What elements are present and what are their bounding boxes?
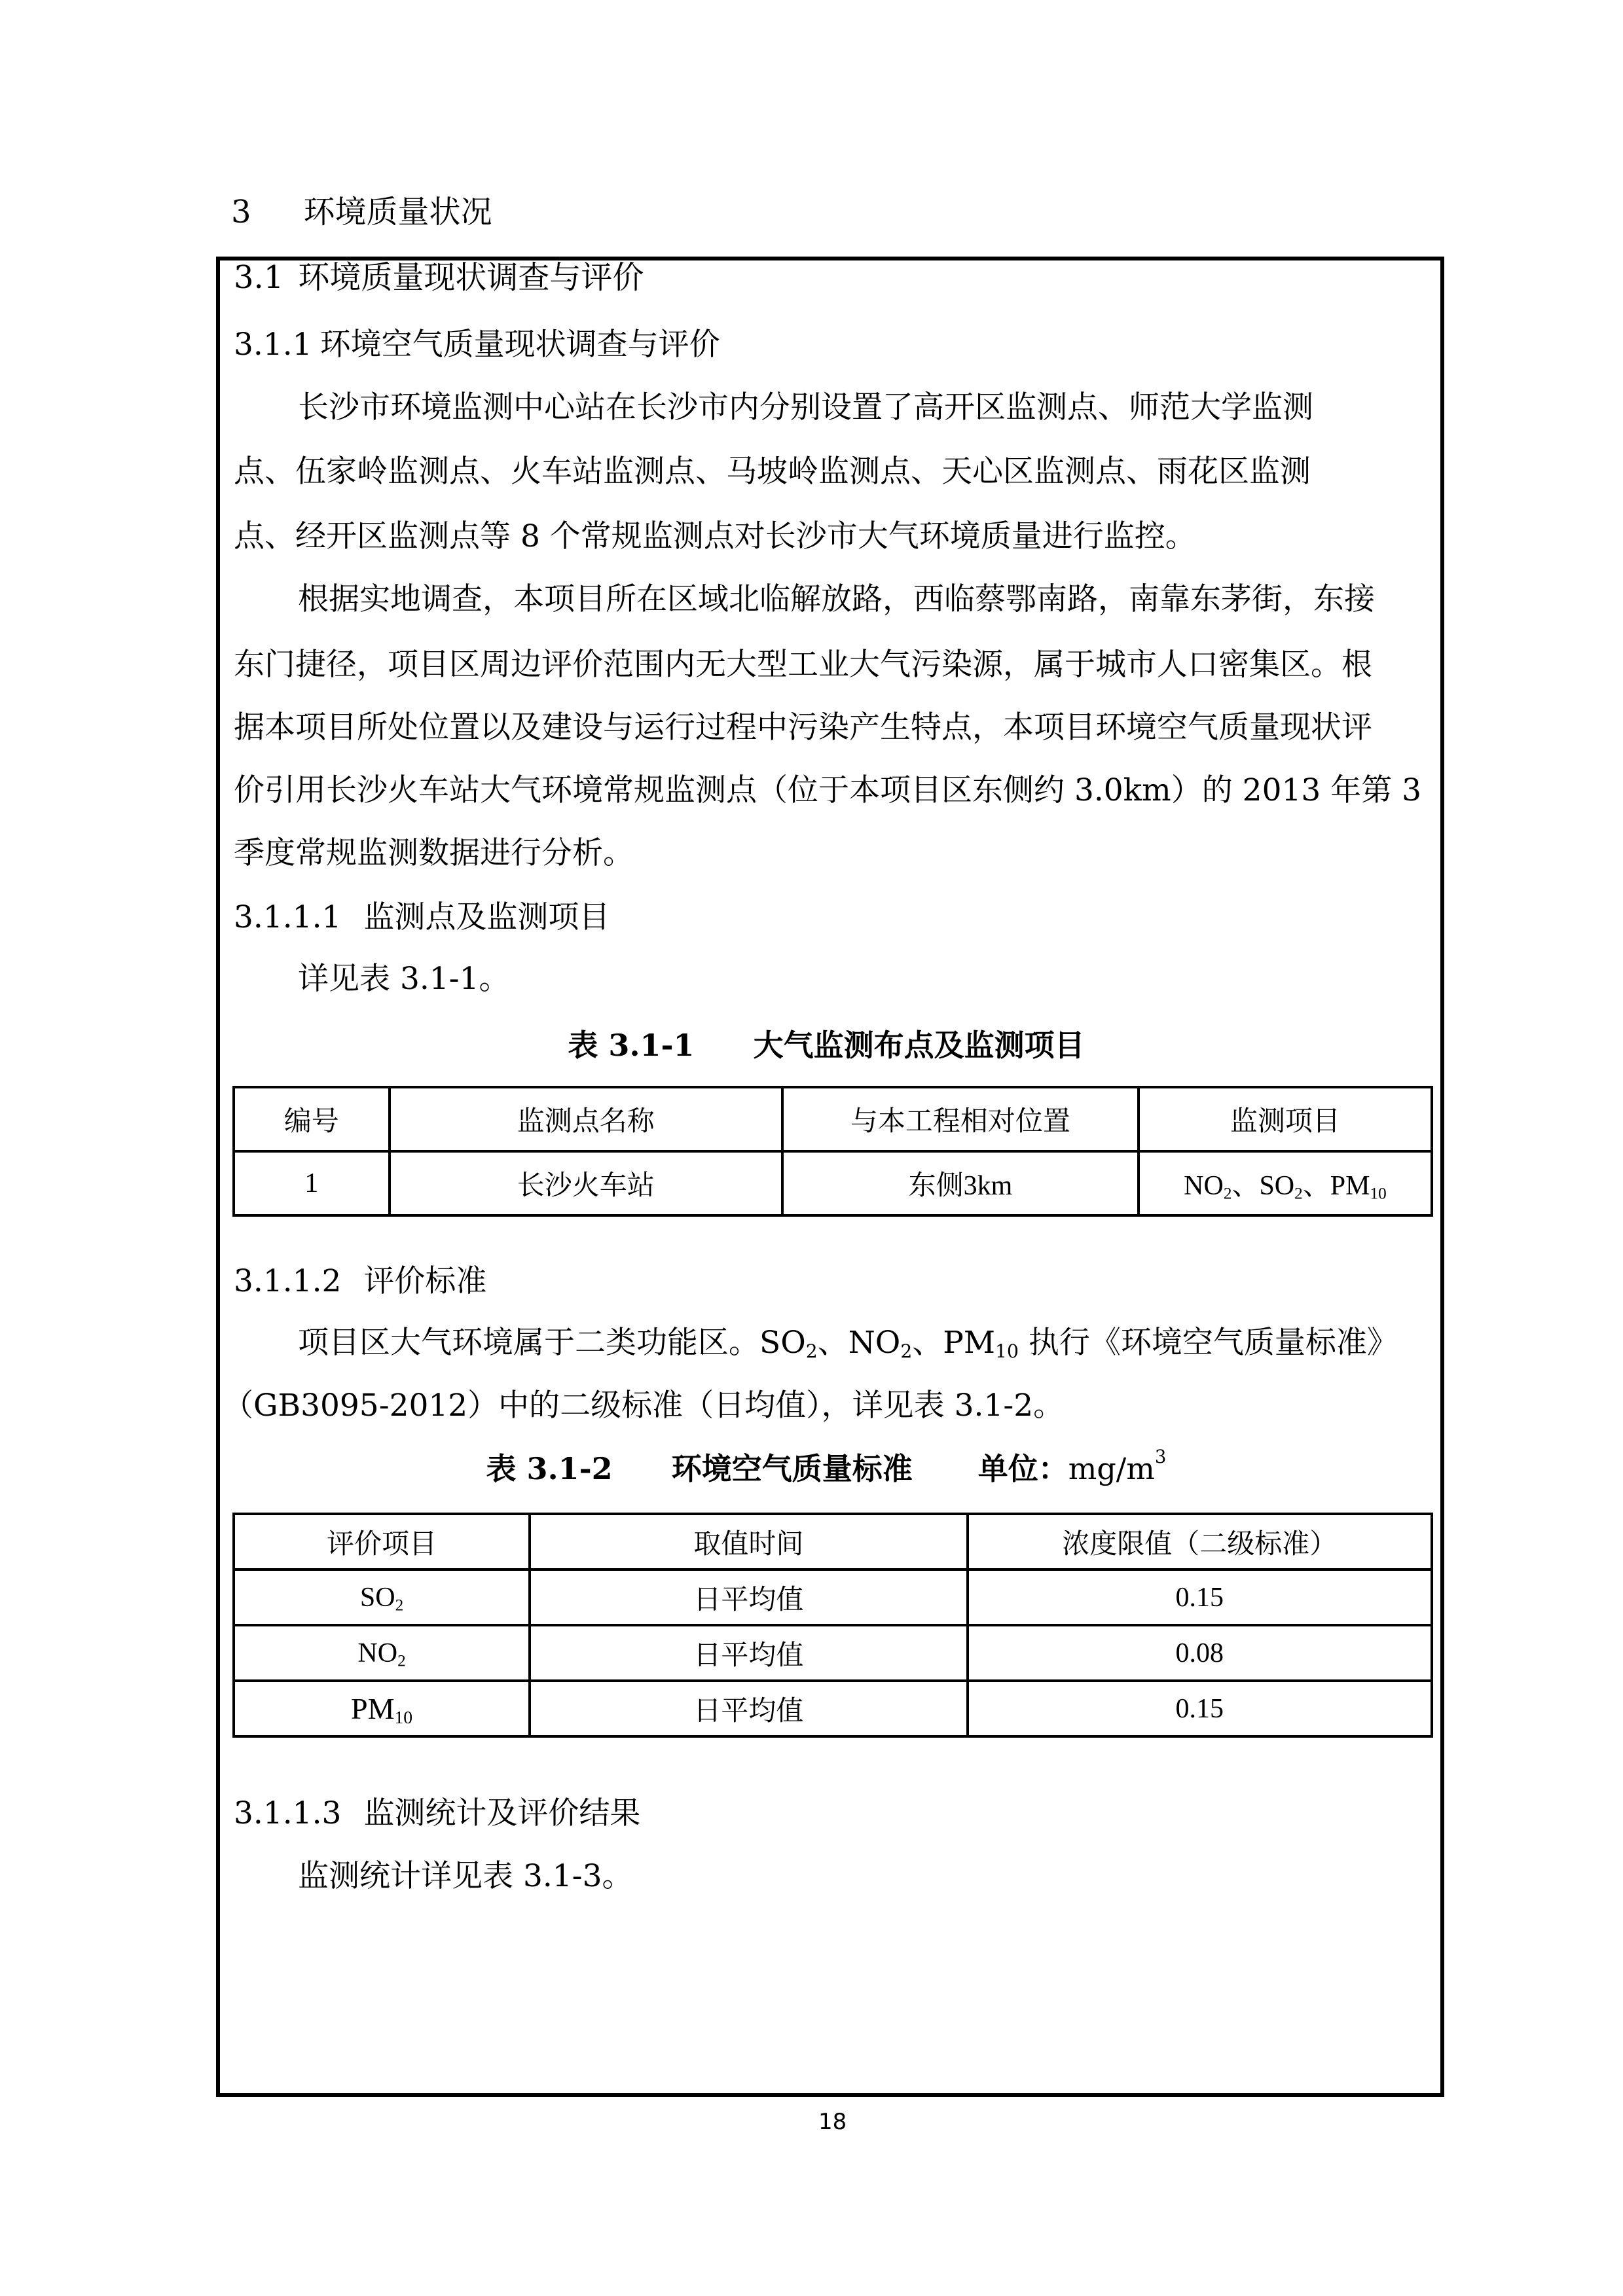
table2-cell-limit: 0.15 [968, 1570, 1432, 1625]
pollutant-subscript: 10 [995, 1340, 1019, 1362]
table2-cell-item: PM10 [234, 1681, 530, 1736]
table2-cell-time: 日平均值 [530, 1625, 967, 1681]
paragraph2-line: 价引用长沙火车站大气环境常规监测点（位于本项目区东侧约 3.0km）的 2013… [234, 771, 1421, 810]
pollutant: SO [1259, 1171, 1294, 1201]
table2-header-cell: 取值时间 [530, 1514, 967, 1570]
subsection-number: 3.1.1 [234, 327, 312, 363]
paragraph1-line: 点、经开区监测点等 8 个常规监测点对长沙市大气环境质量进行监控。 [234, 517, 1196, 556]
table2-caption-number: 表 3.1-2 [486, 1451, 613, 1486]
pollutant-subscript: 10 [395, 1707, 413, 1727]
heading-number: 3.1.1.3 [234, 1795, 341, 1831]
section-number: 3.1 [234, 259, 283, 296]
chapter-title: 环境质量状况 [304, 194, 492, 230]
table-row: PM10 日平均值 0.15 [234, 1681, 1432, 1736]
pollutant: PM [351, 1692, 394, 1725]
pollutant-subscript: 2 [1294, 1185, 1303, 1202]
subsubsection-heading-3112: 3.1.1.2评价标准 [234, 1262, 486, 1301]
pollutant: SO [360, 1583, 395, 1613]
table1-caption-number: 表 3.1-1 [568, 1028, 694, 1063]
table2: 评价项目 取值时间 浓度限值（二级标准） SO2 日平均值 0.15 NO2 日… [232, 1513, 1433, 1738]
chapter-number: 3 [231, 194, 251, 230]
table2-cell-time: 日平均值 [530, 1570, 967, 1625]
see-table-text: 详见表 3.1-1。 [298, 960, 509, 999]
table-row: NO2 日平均值 0.08 [234, 1625, 1432, 1681]
table1-header-cell: 编号 [234, 1087, 390, 1151]
table1-cell-id: 1 [234, 1151, 390, 1215]
separator: 、 [1231, 1171, 1259, 1201]
table1-header-cell: 监测项目 [1139, 1087, 1432, 1151]
table2-cell-limit: 0.15 [968, 1681, 1432, 1736]
see-table-text: 监测统计详见表 3.1-3。 [298, 1857, 632, 1896]
table1-caption: 表 3.1-1大气监测布点及监测项目 [0, 1026, 1623, 1065]
paragraph2-line: 据本项目所处位置以及建设与运行过程中污染产生特点，本项目环境空气质量现状评 [234, 708, 1372, 747]
pollutant: PM [943, 1325, 995, 1361]
table1: 编号 监测点名称 与本工程相对位置 监测项目 1 长沙火车站 东侧3km NO2… [232, 1086, 1433, 1217]
table2-header-cell: 评价项目 [234, 1514, 530, 1570]
pollutant-subscript: 2 [806, 1340, 818, 1362]
pollutant: NO [848, 1325, 901, 1361]
unit-label: 单位： [978, 1451, 1068, 1486]
separator: 、 [912, 1325, 943, 1361]
pollutant: PM [1330, 1171, 1370, 1201]
table-row: 1 长沙火车站 东侧3km NO2、SO2、PM10 [234, 1151, 1432, 1215]
paragraph1-line: 点、伍家岭监测点、火车站监测点、马坡岭监测点、天心区监测点、雨花区监测 [234, 452, 1311, 492]
pollutant-subscript: 2 [397, 1652, 406, 1670]
table1-header-row: 编号 监测点名称 与本工程相对位置 监测项目 [234, 1087, 1432, 1151]
subsubsection-heading-3111: 3.1.1.1监测点及监测项目 [234, 898, 610, 937]
heading-number: 3.1.1.2 [234, 1263, 341, 1299]
table2-cell-limit: 0.08 [968, 1625, 1432, 1681]
heading-title: 监测点及监测项目 [363, 899, 610, 935]
table2-header-row: 评价项目 取值时间 浓度限值（二级标准） [234, 1514, 1432, 1570]
pollutant-subscript: 10 [1370, 1185, 1386, 1202]
chapter-heading: 3环境质量状况 [231, 192, 492, 232]
heading-title: 监测统计及评价结果 [363, 1795, 640, 1831]
table2-cell-item: SO2 [234, 1570, 530, 1625]
table1-caption-title: 大气监测布点及监测项目 [754, 1028, 1085, 1063]
separator: 、 [1303, 1171, 1330, 1201]
table2-cell-item: NO2 [234, 1625, 530, 1681]
section-title: 环境质量现状调查与评价 [298, 259, 644, 296]
paragraph2-line: 东门捷径，项目区周边评价范围内无大型工业大气污染源，属于城市人口密集区。根 [234, 645, 1372, 685]
paragraph2-line: 季度常规监测数据进行分析。 [234, 834, 634, 873]
subsection-heading: 3.1.1环境空气质量现状调查与评价 [234, 325, 720, 365]
table-row: SO2 日平均值 0.15 [234, 1570, 1432, 1625]
table2-caption-title: 环境空气质量标准 [672, 1451, 913, 1486]
table1-header-cell: 与本工程相对位置 [782, 1087, 1139, 1151]
subsubsection-heading-3113: 3.1.1.3监测统计及评价结果 [234, 1794, 640, 1833]
standard-paragraph-line1: 项目区大气环境属于二类功能区。SO2、NO2、PM10 执行《环境空气质量标准》 [298, 1323, 1398, 1363]
pollutant-subscript: 2 [900, 1340, 912, 1362]
unit: mg/m [1068, 1451, 1155, 1486]
page-number: 18 [818, 2109, 847, 2135]
table1-cell-position: 东侧3km [782, 1151, 1139, 1215]
text: 执行《环境空气质量标准》 [1019, 1325, 1398, 1361]
table2-header-cell: 浓度限值（二级标准） [968, 1514, 1432, 1570]
unit-superscript: 3 [1155, 1446, 1167, 1467]
heading-number: 3.1.1.1 [234, 899, 341, 935]
pollutant: NO [357, 1638, 397, 1668]
heading-title: 评价标准 [363, 1263, 486, 1299]
paragraph2-line: 根据实地调查，本项目所在区域北临解放路，西临蔡鄂南路，南靠东茅街，东接 [298, 580, 1375, 619]
pollutant: SO [759, 1325, 806, 1361]
subsection-title: 环境空气质量现状调查与评价 [320, 327, 720, 363]
standard-paragraph-line2: （GB3095-2012）中的二级标准（日均值），详见表 3.1-2。 [223, 1386, 1064, 1426]
table2-caption: 表 3.1-2环境空气质量标准单位：mg/m3 [0, 1449, 1623, 1488]
pollutant-subscript: 2 [395, 1596, 404, 1614]
paragraph1-line: 长沙市环境监测中心站在长沙市内分别设置了高开区监测点、师范大学监测 [298, 388, 1313, 427]
pollutant-subscript: 2 [1224, 1185, 1232, 1202]
section-heading: 3.1环境质量现状调查与评价 [234, 258, 644, 297]
table2-cell-time: 日平均值 [530, 1681, 967, 1736]
pollutant: NO [1184, 1171, 1224, 1201]
separator: 、 [818, 1325, 848, 1361]
table1-header-cell: 监测点名称 [390, 1087, 783, 1151]
table1-cell-name: 长沙火车站 [390, 1151, 783, 1215]
table1-cell-items: NO2、SO2、PM10 [1139, 1151, 1432, 1215]
text: 项目区大气环境属于二类功能区。 [298, 1325, 759, 1361]
